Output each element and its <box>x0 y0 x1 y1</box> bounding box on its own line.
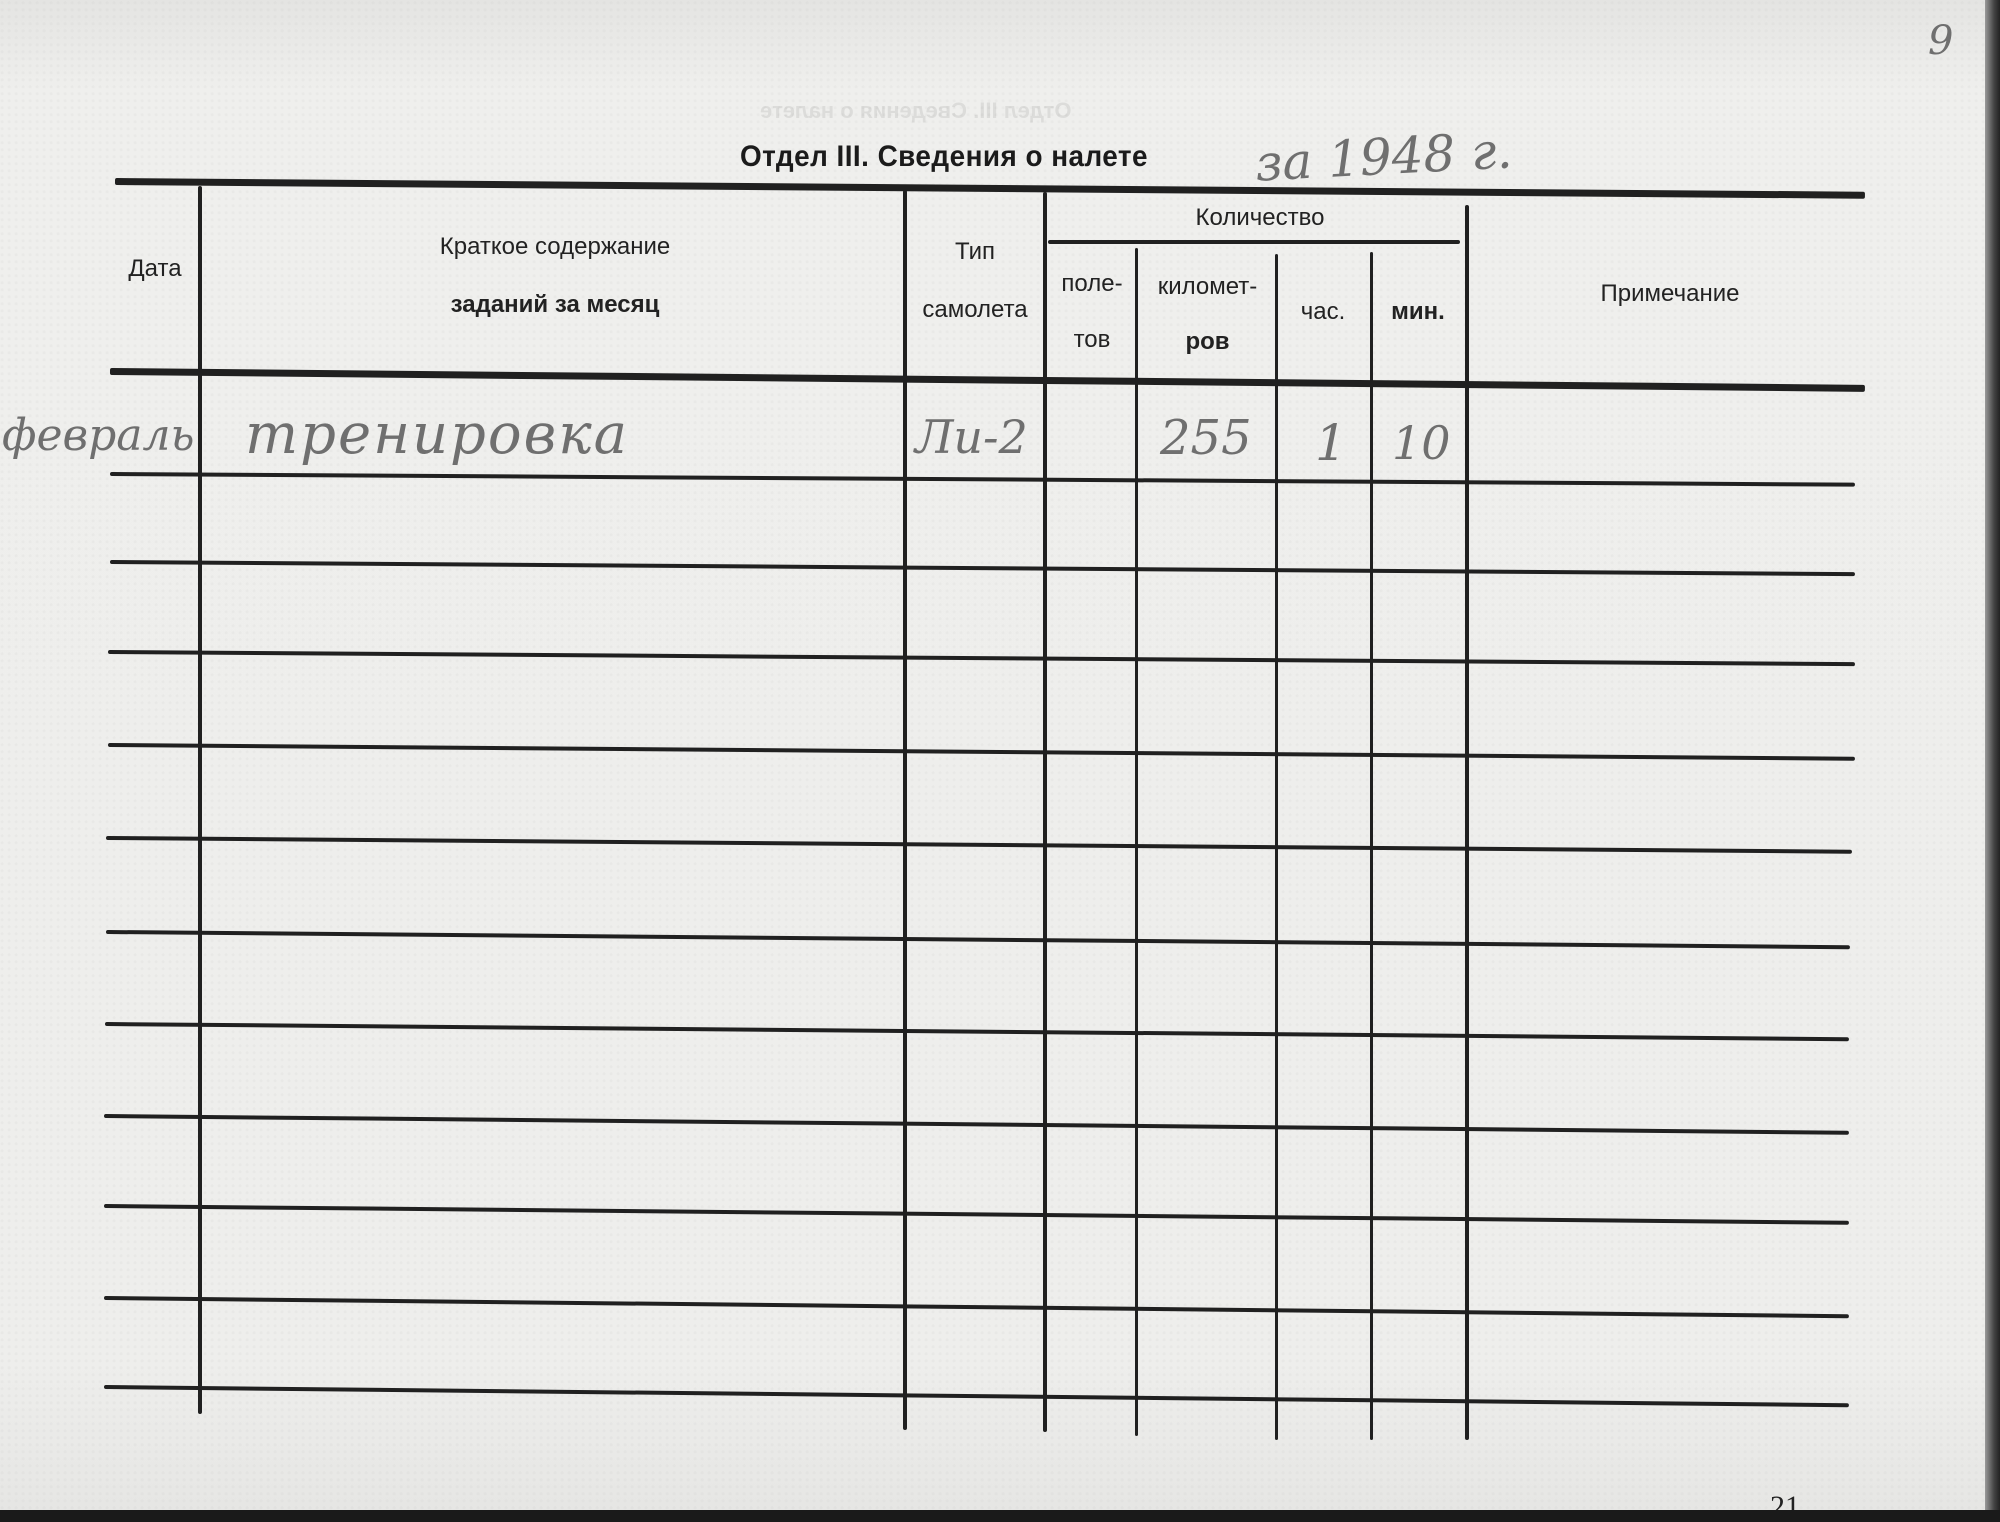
logbook-page: Отдел III. Сведения о налете 9 Отдел III… <box>0 0 1985 1510</box>
row-rule <box>104 1385 1849 1407</box>
divider-aircraft-type <box>1043 192 1047 1432</box>
header-note: Примечание <box>1500 282 1840 306</box>
divider-flights <box>1135 248 1138 1436</box>
divider-minutes <box>1465 205 1469 1440</box>
row-rule <box>105 1022 1849 1041</box>
cell-kilometers: 255 <box>1160 410 1252 466</box>
header-summary-line2: заданий за месяц <box>390 293 720 317</box>
header-date: Дата <box>120 257 190 281</box>
row-rule <box>110 560 1855 576</box>
row-rule <box>106 930 1850 949</box>
row-rule <box>104 1296 1849 1318</box>
divider-date <box>198 186 202 1414</box>
sheet-number: 9 <box>1928 18 1953 64</box>
page-edge-right <box>1985 0 2000 1522</box>
header-aircraft-type-line2: самолета <box>910 298 1040 322</box>
header-kilometers-line1: километ- <box>1140 275 1275 299</box>
cell-aircraft-type: Ли-2 <box>915 410 1028 464</box>
header-flights-line2: тов <box>1050 328 1134 352</box>
header-minutes: мин. <box>1372 300 1464 324</box>
cell-hours: 1 <box>1315 414 1347 472</box>
header-hours: час. <box>1278 300 1368 324</box>
cell-date: февраль <box>2 410 194 461</box>
divider-summary <box>903 190 907 1430</box>
cell-minutes: 10 <box>1392 416 1451 470</box>
section-title: Отдел III. Сведения о налете <box>740 140 1179 174</box>
row-rule <box>106 836 1852 854</box>
row-rule <box>108 743 1855 761</box>
row-rule <box>104 1204 1849 1225</box>
header-flights-line1: поле- <box>1050 272 1134 296</box>
cell-summary: тренировка <box>245 402 629 467</box>
header-quantity: Количество <box>1100 206 1420 230</box>
bleed-through-title: Отдел III. Сведения о налете <box>760 98 1071 124</box>
quantity-group-rule <box>1048 240 1460 244</box>
header-bottom-rule <box>110 368 1865 392</box>
table-top-rule <box>115 178 1865 199</box>
row-rule <box>110 472 1855 487</box>
row-rule <box>108 650 1855 666</box>
handwritten-year: за 1948 г. <box>1254 121 1514 192</box>
row-rule <box>104 1114 1849 1135</box>
header-summary-line1: Краткое содержание <box>390 235 720 259</box>
page-edge-bottom <box>0 1510 2000 1522</box>
header-aircraft-type-line1: Тип <box>910 240 1040 264</box>
section-title-text: Отдел III. Сведения о налете <box>740 140 1148 174</box>
header-kilometers-line2: ров <box>1140 330 1275 354</box>
